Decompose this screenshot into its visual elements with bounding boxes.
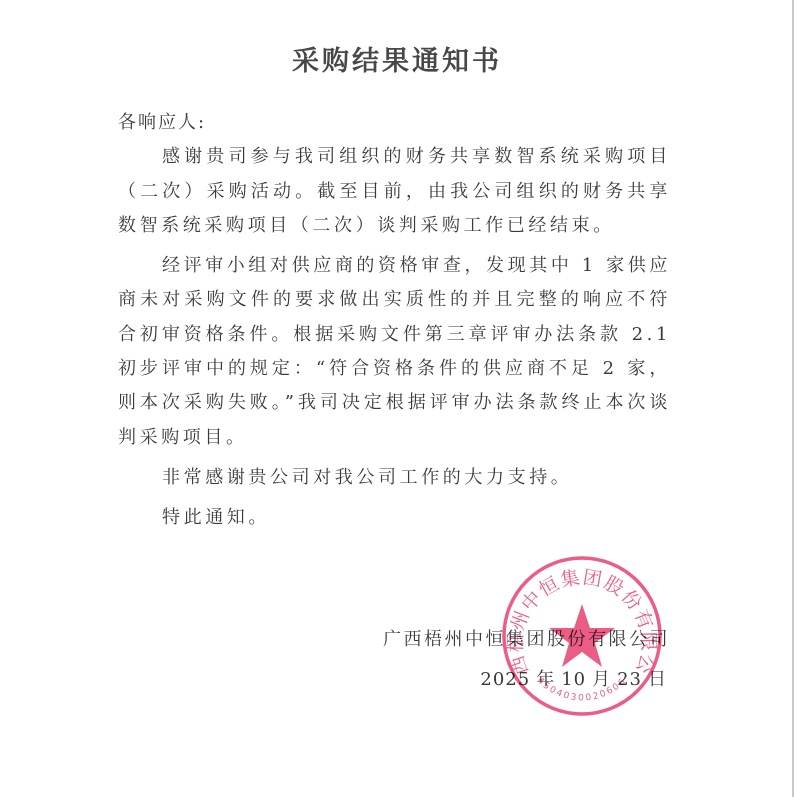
- seal-number: 4504030020606: [535, 676, 629, 703]
- paragraph-thanks: 非常感谢贵公司对我公司工作的大力支持。: [118, 461, 671, 495]
- salutation: 各响应人:: [118, 106, 671, 140]
- document-title: 采购结果通知书: [0, 44, 794, 80]
- paragraph-intro: 感谢贵司参与我司组织的财务共享数智系统采购项目（二次）采购活动。截至目前，由我公…: [118, 140, 671, 243]
- company-seal: 广西梧州中恒集团股份有限公司 4504030020606: [500, 554, 664, 718]
- star-icon: [549, 604, 615, 667]
- paragraph-review-result: 经评审小组对供应商的资格审查，发现其中 1 家供应商未对采购文件的要求做出实质性…: [118, 249, 671, 455]
- document-body: 各响应人: 感谢贵司参与我司组织的财务共享数智系统采购项目（二次）采购活动。截至…: [118, 106, 671, 536]
- paragraph-notice: 特此通知。: [118, 501, 671, 535]
